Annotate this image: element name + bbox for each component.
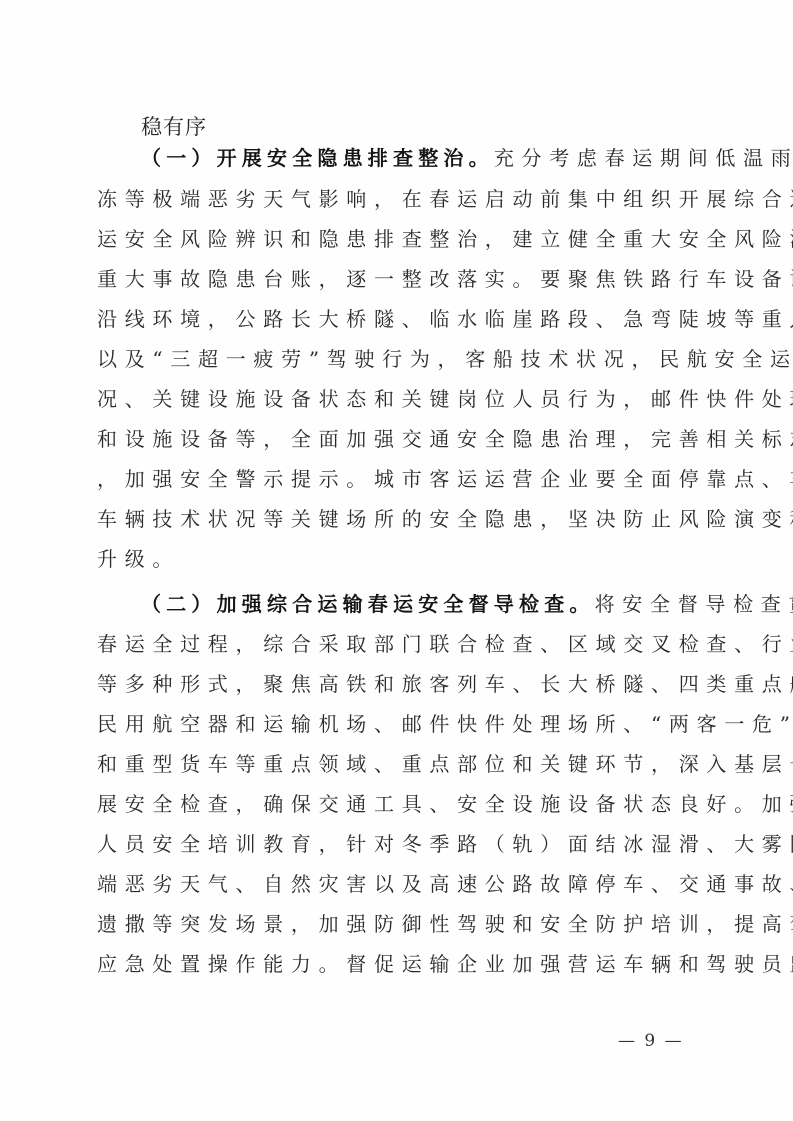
section-2-line-6: 人员安全培训教育，针对冬季路（轨）面结冰湿滑、大雾团雾、极 [97,830,697,858]
section-2-line-5: 展安全检查，确保交通工具、安全设施设备状态良好。加强从业 [97,790,697,818]
section-2-line-4: 和重型货车等重点领域、重点部位和关键环节，深入基层一线开 [97,750,697,778]
section-1-line-6: 况、关键设施设备状态和关键岗位人员行为，邮件快件处理场所 [97,385,697,413]
section-1-line-4: 沿线环境，公路长大桥隧、临水临崖路段、急弯陡坡等重点部位 [97,305,697,333]
section-2-line-8: 遗撒等突发场景，加强防御性驾驶和安全防护培训，提高驾驶员 [97,910,697,938]
section-1-line-5: 以及“三超一疲劳”驾驶行为，客船技术状况，民航安全运行状 [97,345,697,373]
section-2-first-line: （二）加强综合运输春运安全督导检查。将安全督导检查贯穿 [141,590,741,618]
section-2-line-7: 端恶劣天气、自然灾害以及高速公路故障停车、交通事故、路面 [97,870,697,898]
heading-continuation: 稳有序 [141,113,207,141]
section-1-line-10: 升级。 [97,545,697,573]
section-1-line-2: 运安全风险辨识和隐患排查整治，建立健全重大安全风险清单和 [97,225,697,253]
page-number: — 9 — [618,1031,684,1051]
section-1-line-8: ，加强安全警示提示。城市客运运营企业要全面停靠点、车站、 [97,465,697,493]
section-2-title: （二）加强综合运输春运安全督导检查。 [141,592,595,616]
document-page: 稳有序 （一）开展安全隐患排查整治。充分考虑春运期间低温雨雪冰 冻等极端恶劣天气… [0,0,793,1121]
section-2-line-1: 春运全过程，综合采取部门联合检查、区域交叉检查、行业自查 [97,630,697,658]
section-1-title: （一）开展安全隐患排查整治。 [141,146,494,170]
section-1-line-9: 车辆技术状况等关键场所的安全隐患，坚决防止风险演变和隐患 [97,505,697,533]
section-2-line-0: 将安全督导检查贯穿 [595,592,793,616]
section-1-line-3: 重大事故隐患台账，逐一整改落实。要聚焦铁路行车设备设施、 [97,265,697,293]
section-2-line-2: 等多种形式，聚焦高铁和旅客列车、长大桥隧、四类重点船舶、 [97,670,697,698]
section-1-line-1: 冻等极端恶劣天气影响，在春运启动前集中组织开展综合运输春 [97,185,697,213]
section-2-line-3: 民用航空器和运输机场、邮件快件处理场所、“两客一危”车辆 [97,710,697,738]
section-1-line-7: 和设施设备等，全面加强交通安全隐患治理，完善相关标志标识 [97,425,697,453]
section-1-line-0: 充分考虑春运期间低温雨雪冰 [494,146,793,170]
section-2-line-9: 应急处置操作能力。督促运输企业加强营运车辆和驾驶员监控管 [97,950,697,978]
section-1-first-line: （一）开展安全隐患排查整治。充分考虑春运期间低温雨雪冰 [141,144,741,172]
